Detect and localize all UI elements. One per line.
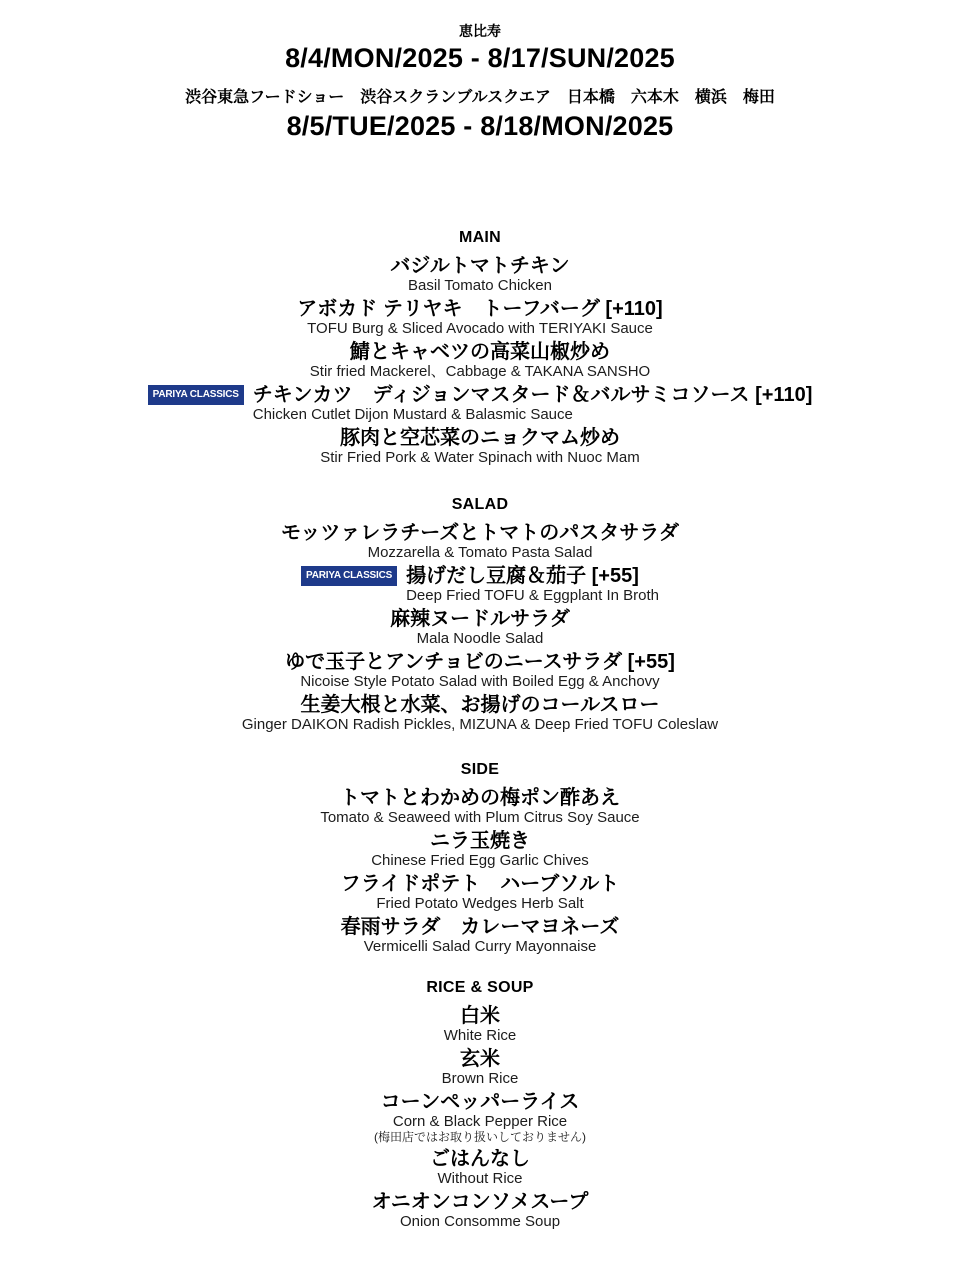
menu-header: 恵比寿 8/4/MON/2025 - 8/17/SUN/2025 渋谷東急フード… xyxy=(0,22,960,141)
item-name-en: TOFU Burg & Sliced Avocado with TERIYAKI… xyxy=(0,320,960,337)
item-name-en: Corn & Black Pepper Rice xyxy=(0,1113,960,1130)
menu-item: バジルトマトチキン Basil Tomato Chicken xyxy=(0,255,960,294)
pariya-classics-badge: PARIYA CLASSICS xyxy=(301,566,397,586)
item-name-ja: 春雨サラダ カレーマヨネーズ xyxy=(0,916,960,938)
store-list: 渋谷東急フードショー 渋谷スクランブルスクエア 日本橋 六本木 横浜 梅田 xyxy=(0,89,960,107)
item-name-ja: コーンペッパーライス xyxy=(0,1091,960,1113)
section-title-side: SIDE xyxy=(0,761,960,779)
menu-item: ニラ玉焼き Chinese Fried Egg Garlic Chives xyxy=(0,830,960,869)
section-main-items: バジルトマトチキン Basil Tomato Chicken アボカド テリヤキ… xyxy=(0,255,960,466)
item-name-ja: 豚肉と空芯菜のニョクマム炒め xyxy=(0,427,960,449)
item-name-ja: バジルトマトチキン xyxy=(0,255,960,277)
item-name-en: Chicken Cutlet Dijon Mustard & Balasmic … xyxy=(253,406,813,423)
menu-item: ごはんなし Without Rice xyxy=(0,1148,960,1187)
date-range-2: 8/5/TUE/2025 - 8/18/MON/2025 xyxy=(0,111,960,141)
menu-page: 恵比寿 8/4/MON/2025 - 8/17/SUN/2025 渋谷東急フード… xyxy=(0,0,960,1230)
item-name-en: Mozzarella & Tomato Pasta Salad xyxy=(0,544,960,561)
menu-item: オニオンコンソメスープ Onion Consomme Soup xyxy=(0,1191,960,1230)
section-title-rice-soup: RICE & SOUP xyxy=(0,979,960,997)
menu-item: 玄米 Brown Rice xyxy=(0,1048,960,1087)
item-name-ja: ニラ玉焼き xyxy=(0,830,960,852)
menu-item: トマトとわかめの梅ポン酢あえ Tomato & Seaweed with Plu… xyxy=(0,787,960,826)
menu-item: 鯖とキャベツの高菜山椒炒め Stir fried Mackerel、Cabbag… xyxy=(0,341,960,380)
item-name-en: White Rice xyxy=(0,1027,960,1044)
item-name-ja: フライドポテト ハーブソルト xyxy=(0,873,960,895)
section-main: MAIN バジルトマトチキン Basil Tomato Chicken アボカド… xyxy=(0,229,960,466)
item-name-ja: アボカド テリヤキ トーフバーグ [+110] xyxy=(0,298,960,320)
section-title-salad: SALAD xyxy=(0,496,960,514)
menu-item: 豚肉と空芯菜のニョクマム炒め Stir Fried Pork & Water S… xyxy=(0,427,960,466)
pariya-classics-badge: PARIYA CLASSICS xyxy=(148,385,244,405)
item-name-en: Fried Potato Wedges Herb Salt xyxy=(0,895,960,912)
item-name-ja: オニオンコンソメスープ xyxy=(0,1191,960,1213)
item-name-en: Without Rice xyxy=(0,1170,960,1187)
section-title-main: MAIN xyxy=(0,229,960,247)
item-name-ja: ゆで玉子とアンチョビのニースサラダ [+55] xyxy=(0,651,960,673)
menu-item: モッツァレラチーズとトマトのパスタサラダ Mozzarella & Tomato… xyxy=(0,522,960,561)
section-salad-items: モッツァレラチーズとトマトのパスタサラダ Mozzarella & Tomato… xyxy=(0,522,960,733)
menu-item-pariya-classic: PARIYA CLASSICS 揚げだし豆腐＆茄子 [+55] Deep Fri… xyxy=(0,565,960,604)
menu-item: アボカド テリヤキ トーフバーグ [+110] TOFU Burg & Slic… xyxy=(0,298,960,337)
item-name-en: Vermicelli Salad Curry Mayonnaise xyxy=(0,938,960,955)
item-name-ja: ごはんなし xyxy=(0,1148,960,1170)
date-range-1: 8/4/MON/2025 - 8/17/SUN/2025 xyxy=(0,43,960,73)
item-name-ja: 麻辣ヌードルサラダ xyxy=(0,608,960,630)
item-name-ja: モッツァレラチーズとトマトのパスタサラダ xyxy=(0,522,960,544)
menu-item: コーンペッパーライス Corn & Black Pepper Rice (梅田店… xyxy=(0,1091,960,1144)
item-name-en: Ginger DAIKON Radish Pickles, MIZUNA & D… xyxy=(0,716,960,733)
section-rice-soup: RICE & SOUP 白米 White Rice 玄米 Brown Rice … xyxy=(0,979,960,1230)
item-name-ja: トマトとわかめの梅ポン酢あえ xyxy=(0,787,960,809)
item-name-en: Stir Fried Pork & Water Spinach with Nuo… xyxy=(0,449,960,466)
badged-item-wrap: PARIYA CLASSICS 揚げだし豆腐＆茄子 [+55] Deep Fri… xyxy=(301,565,659,604)
menu-item: 麻辣ヌードルサラダ Mala Noodle Salad xyxy=(0,608,960,647)
badged-item-wrap: PARIYA CLASSICS チキンカツ ディジョンマスタード＆バルサミコソー… xyxy=(148,384,813,423)
item-name-ja: 白米 xyxy=(0,1005,960,1027)
item-name-en: Mala Noodle Salad xyxy=(0,630,960,647)
item-name-ja: 玄米 xyxy=(0,1048,960,1070)
section-side: SIDE トマトとわかめの梅ポン酢あえ Tomato & Seaweed wit… xyxy=(0,761,960,955)
menu-item: 生姜大根と水菜、お揚げのコールスロー Ginger DAIKON Radish … xyxy=(0,694,960,733)
menu-item: ゆで玉子とアンチョビのニースサラダ [+55] Nicoise Style Po… xyxy=(0,651,960,690)
item-name-en: Stir fried Mackerel、Cabbage & TAKANA SAN… xyxy=(0,363,960,380)
item-name-ja: 鯖とキャベツの高菜山椒炒め xyxy=(0,341,960,363)
item-name-en: Chinese Fried Egg Garlic Chives xyxy=(0,852,960,869)
section-rice-soup-items: 白米 White Rice 玄米 Brown Rice コーンペッパーライス C… xyxy=(0,1005,960,1230)
menu-item: フライドポテト ハーブソルト Fried Potato Wedges Herb … xyxy=(0,873,960,912)
menu-item: 白米 White Rice xyxy=(0,1005,960,1044)
item-name-ja: チキンカツ ディジョンマスタード＆バルサミコソース [+110] xyxy=(253,384,813,406)
section-side-items: トマトとわかめの梅ポン酢あえ Tomato & Seaweed with Plu… xyxy=(0,787,960,955)
menu-item-pariya-classic: PARIYA CLASSICS チキンカツ ディジョンマスタード＆バルサミコソー… xyxy=(0,384,960,423)
item-name-en: Tomato & Seaweed with Plum Citrus Soy Sa… xyxy=(0,809,960,826)
location-label: 恵比寿 xyxy=(0,22,960,40)
item-name-en: Nicoise Style Potato Salad with Boiled E… xyxy=(0,673,960,690)
item-name-en: Brown Rice xyxy=(0,1070,960,1087)
menu-item: 春雨サラダ カレーマヨネーズ Vermicelli Salad Curry Ma… xyxy=(0,916,960,955)
item-name-en: Basil Tomato Chicken xyxy=(0,277,960,294)
item-name-ja: 揚げだし豆腐＆茄子 [+55] xyxy=(406,565,659,587)
item-name-en: Deep Fried TOFU & Eggplant In Broth xyxy=(406,587,659,604)
item-name-ja: 生姜大根と水菜、お揚げのコールスロー xyxy=(0,694,960,716)
item-name-en: Onion Consomme Soup xyxy=(0,1213,960,1230)
item-note: (梅田店ではお取り扱いしておりません) xyxy=(0,1130,960,1144)
section-salad: SALAD モッツァレラチーズとトマトのパスタサラダ Mozzarella & … xyxy=(0,496,960,733)
